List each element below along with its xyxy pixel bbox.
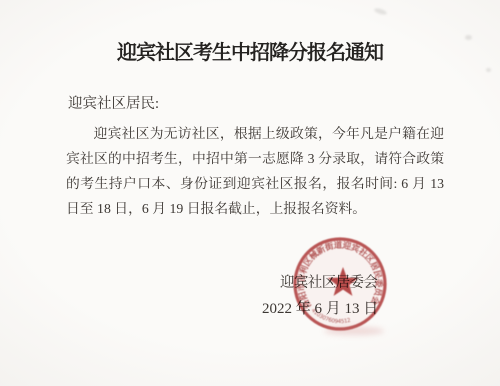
notice-document-page: 迎宾社区考生中招降分报名通知 迎宾社区居民: 迎宾社区为无访社区，根据上级政策，…: [0, 0, 500, 386]
body-line-3: 的考生持户口本、身份证到迎宾社区报名，报名时间: 6 月 13: [66, 171, 444, 196]
body-line-2: 宾社区的中招考生，中招中第一志愿降 3 分录取，请符合政策: [66, 146, 444, 171]
scan-speck: [486, 68, 491, 72]
scan-speck: [374, 7, 388, 16]
body-paragraph: 迎宾社区为无访社区，根据上级政策，今年凡是户籍在迎 宾社区的中招考生，中招中第一…: [66, 121, 444, 221]
scan-speck: [465, 35, 472, 40]
salutation-line: 迎宾社区居民:: [68, 92, 159, 113]
official-seal: 洛阳市吉利区械新街道迎宾社区居民委员会 4103076094512: [280, 224, 400, 344]
document-title: 迎宾社区考生中招降分报名通知: [0, 36, 500, 65]
seal-ink-bleed: [324, 327, 384, 335]
body-line-4: 日至 18 日，6 月 19 日报名截止，上报报名资料。: [66, 196, 444, 221]
body-line-1: 迎宾社区为无访社区，根据上级政策，今年凡是户籍在迎: [66, 121, 444, 146]
